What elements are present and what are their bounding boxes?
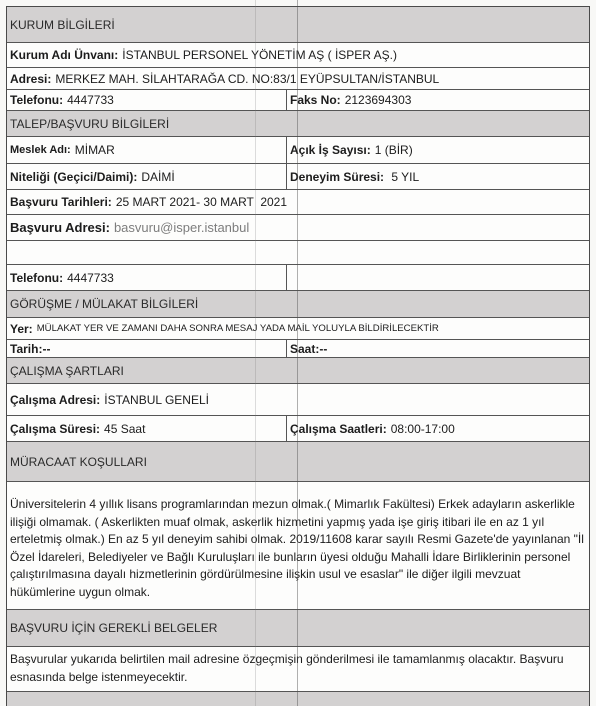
row-nitelik: Niteliği (Geçici/Daimi):DAİMİ Deneyim Sü…	[7, 164, 589, 190]
row-belgeler-text: Başvurular yukarıda belirtilen mail adre…	[7, 647, 589, 692]
job-posting-form: KURUM BİLGİLERİ Kurum Adı Ünvanı:İSTANBU…	[6, 6, 590, 706]
field-label: Açık İş Sayısı:	[290, 143, 371, 157]
empty-cell	[287, 265, 589, 290]
field-label: Telefonu:	[10, 271, 63, 285]
field-label: Deneyim Süresi:	[290, 170, 384, 184]
empty-cell	[7, 692, 589, 706]
field-value: MİMAR	[75, 143, 115, 157]
field-label: Tarih:--	[10, 342, 50, 356]
field-value: 45 Saat	[104, 422, 145, 436]
section-title: BAŞVURU İÇİN GEREKLİ BELGELER	[7, 610, 589, 646]
field-value: 4447733	[67, 93, 114, 107]
field-value: MÜLAKAT YER VE ZAMANI DAHA SONRA MESAJ Y…	[37, 323, 439, 334]
section-header-talep: TALEP/BAŞVURU BİLGİLERİ	[7, 111, 589, 137]
section-title: ÇALIŞMA ŞARTLARI	[7, 358, 589, 383]
row-calisma-suresi: Çalışma Süresi:45 Saat Çalışma Saatleri:…	[7, 416, 589, 442]
field-value: 2123694303	[345, 93, 412, 107]
field-label: Niteliği (Geçici/Daimi):	[10, 170, 137, 184]
field-value: 4447733	[67, 271, 114, 285]
row-empty	[7, 241, 589, 265]
conditions-text: Üniversitelerin 4 yıllık lisans programl…	[7, 482, 589, 601]
section-header-gorusme: GÖRÜŞME / MÜLAKAT BİLGİLERİ	[7, 291, 589, 318]
field-label: Faks No:	[290, 93, 341, 107]
section-header-kurum: KURUM BİLGİLERİ	[7, 7, 589, 43]
section-title: TALEP/BAŞVURU BİLGİLERİ	[7, 111, 589, 136]
row-kurum-adres: Adresi:MERKEZ MAH. SİLAHTARAĞA CD. NO:83…	[7, 68, 589, 90]
field-value: İSTANBUL GENELİ	[104, 393, 209, 407]
field-label: Telefonu:	[10, 93, 63, 107]
row-kurum-telefon-faks: Telefonu:4447733 Faks No:2123694303	[7, 90, 589, 111]
field-value: 1 (BİR)	[375, 143, 413, 157]
field-label: Başvuru Adresi:	[10, 220, 110, 235]
row-talep-telefon: Telefonu:4447733	[7, 265, 589, 291]
section-title: MÜRACAAT KOŞULLARI	[7, 442, 589, 481]
row-yer: Yer:MÜLAKAT YER VE ZAMANI DAHA SONRA MES…	[7, 318, 589, 340]
section-header-muracaat: MÜRACAAT KOŞULLARI	[7, 442, 589, 482]
field-value: İSTANBUL PERSONEL YÖNETİM AŞ ( İSPER AŞ.…	[122, 48, 397, 62]
email-link[interactable]: basvuru@isper.istanbul	[114, 220, 249, 235]
row-kurum-adi: Kurum Adı Ünvanı:İSTANBUL PERSONEL YÖNET…	[7, 43, 589, 68]
field-label: Çalışma Saatleri:	[290, 422, 387, 436]
section-header-next	[7, 692, 589, 706]
field-label: Başvuru Tarihleri:	[10, 195, 112, 209]
row-calisma-adresi: Çalışma Adresi:İSTANBUL GENELİ	[7, 384, 589, 416]
row-basvuru-tarihleri: Başvuru Tarihleri:25 MART 2021- 30 MART …	[7, 190, 589, 215]
section-header-calisma: ÇALIŞMA ŞARTLARI	[7, 358, 589, 384]
row-muracaat-text: Üniversitelerin 4 yıllık lisans programl…	[7, 482, 589, 610]
field-label: Adresi:	[10, 72, 51, 86]
field-value: MERKEZ MAH. SİLAHTARAĞA CD. NO:83/1 EYÜP…	[55, 72, 439, 86]
field-value: DAİMİ	[141, 170, 174, 184]
field-value: 08:00-17:00	[391, 422, 455, 436]
section-header-belgeler: BAŞVURU İÇİN GEREKLİ BELGELER	[7, 610, 589, 647]
row-meslek: Meslek Adı:MİMAR Açık İş Sayısı:1 (BİR)	[7, 137, 589, 164]
row-tarih-saat: Tarih:-- Saat:--	[7, 340, 589, 358]
field-label: Kurum Adı Ünvanı:	[10, 48, 118, 62]
row-basvuru-adresi: Başvuru Adresi:basvuru@isper.istanbul	[7, 215, 589, 241]
empty-cell	[7, 241, 589, 264]
field-label: Meslek Adı:	[10, 144, 71, 156]
section-title: KURUM BİLGİLERİ	[7, 7, 589, 42]
field-label: Yer:	[10, 322, 33, 336]
documents-text: Başvurular yukarıda belirtilen mail adre…	[7, 647, 589, 686]
field-label: Saat:--	[290, 342, 327, 356]
field-label: Çalışma Süresi:	[10, 422, 100, 436]
field-label: Çalışma Adresi:	[10, 393, 100, 407]
section-title: GÖRÜŞME / MÜLAKAT BİLGİLERİ	[7, 291, 589, 317]
field-value: 25 MART 2021- 30 MART 2021	[116, 195, 287, 209]
field-value: 5 YIL	[388, 170, 419, 184]
